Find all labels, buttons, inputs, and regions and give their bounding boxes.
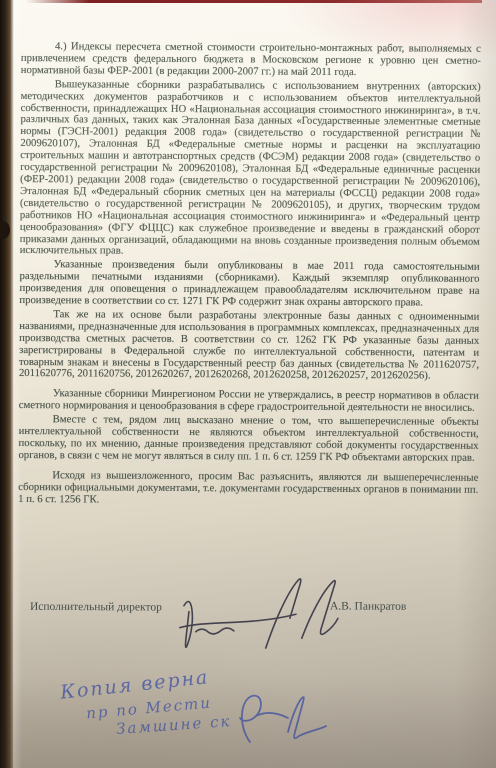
page-top-red-edge [26,0,482,3]
page-left-dark-edge [0,0,14,768]
photographed-letter-page: 4.) Индексы пересчета сметной стоимости … [0,0,496,768]
signer-title: Исполнительный директор [30,601,162,614]
signature-block: Исполнительный директор А.В. Панкратов [30,599,476,601]
paragraph-published-2011: Указанные произведения были опубликованы… [19,259,479,309]
paragraph-collections-developed: Вышеуказанные сборники разрабатывались с… [20,79,481,260]
handwritten-signature-flourish [228,688,328,758]
paragraph-not-approved-minregion: Указанные сборники Минрегионом России не… [19,388,479,415]
paragraph-request-clarification: Исходя из вышеизложенного, просим Вас ра… [18,470,478,509]
letter-body: 4.) Индексы пересчета сметной стоимости … [18,41,481,510]
signature-ink-scribble [170,576,370,657]
paragraph-indexes-item-4: 4.) Индексы пересчета сметной стоимости … [21,41,481,80]
paragraph-electronic-databases: Так же на их основе были разработаны эле… [19,309,479,383]
paragraph-opinion-official-documents: Вместе с тем, рядом лиц высказано мнение… [18,414,478,464]
